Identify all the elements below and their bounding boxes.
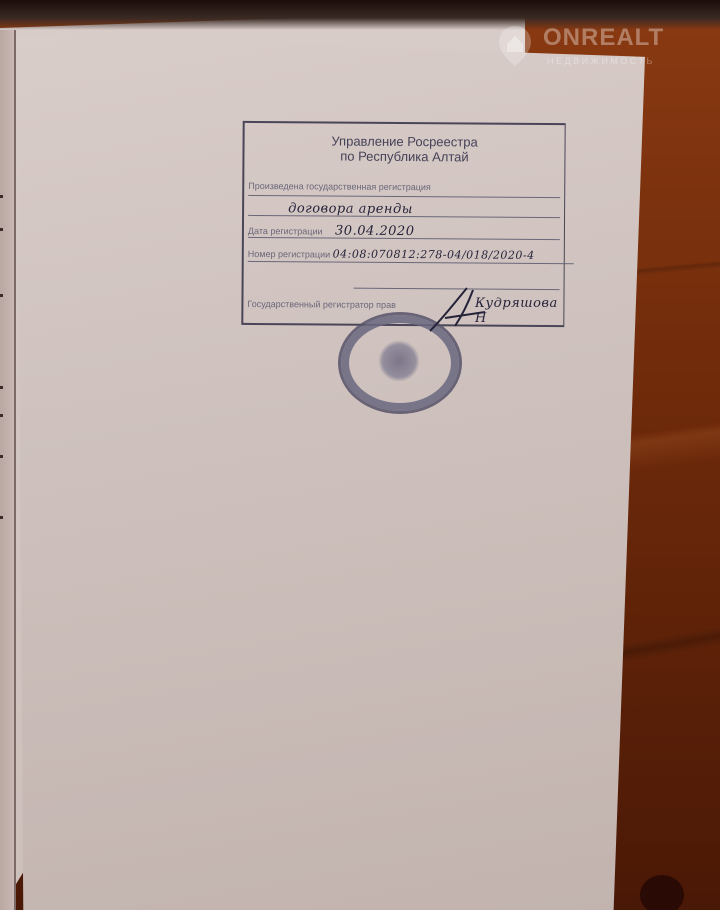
- document-type-row: договора аренды: [248, 201, 560, 218]
- watermark-subtitle: НЕДВИЖИМОСТЬ: [547, 56, 655, 66]
- number-label: Номер регистрации: [248, 249, 330, 260]
- number-handwritten: 04:08:070812:278-04/018/2020-4: [333, 248, 535, 262]
- date-row: Дата регистрации 30.04.2020: [248, 223, 560, 240]
- document-type-handwritten: договора аренды: [288, 201, 413, 217]
- registrar-label: Государственный регистратор прав: [247, 299, 396, 310]
- date-handwritten: 30.04.2020: [335, 224, 415, 240]
- stamp-title: Управление Росреестра по Республика Алта…: [244, 133, 564, 165]
- house-pin-icon: [497, 24, 533, 68]
- onrealt-watermark: ONREALT НЕДВИЖИМОСТЬ: [497, 22, 717, 72]
- number-row: Номер регистрации 04:08:070812:278-04/01…: [248, 247, 574, 264]
- registrar-signature: Кудряшова Н: [425, 286, 565, 336]
- signature-text: Кудряшова Н: [475, 296, 565, 326]
- stamp-title-line2: по Республика Алтай: [244, 148, 564, 165]
- left-paper-edge: [0, 30, 16, 910]
- registration-done-row: Произведена государственная регистрация: [248, 181, 560, 198]
- watermark-brand: ONREALT: [543, 24, 664, 52]
- date-label: Дата регистрации: [248, 226, 323, 237]
- registration-done-label: Произведена государственная регистрация: [248, 181, 431, 192]
- wood-knot: [640, 875, 684, 910]
